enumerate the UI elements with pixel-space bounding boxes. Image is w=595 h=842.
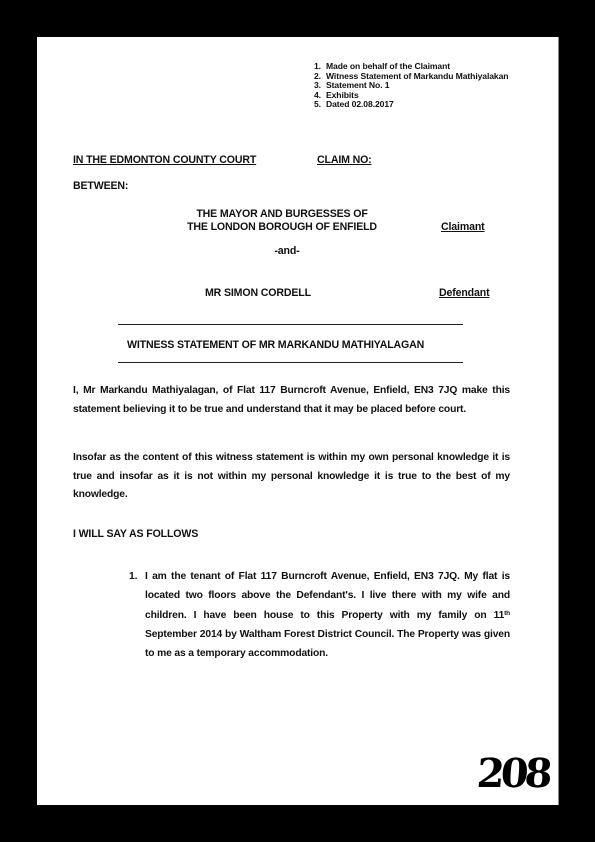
claimant-name-line-2: THE LONDON BOROUGH OF ENFIELD [157, 221, 407, 234]
intro-paragraph: I, Mr Markandu Mathiyalagan, of Flat 117… [73, 382, 510, 419]
paragraph-text-part: September 2014 by Waltham Forest Distric… [145, 629, 510, 659]
claimant-name-line-1: THE MAYOR AND BURGESSES OF [157, 208, 407, 221]
claimant-name: THE MAYOR AND BURGESSES OF THE LONDON BO… [157, 208, 407, 234]
claim-number-label: CLAIM NO: [317, 154, 372, 166]
court-name: IN THE EDMONTON COUNTY COURT [73, 154, 256, 166]
between-label: BETWEEN: [73, 180, 128, 192]
meta-item-number: 5. [314, 100, 326, 110]
defendant-role: Defendant [439, 287, 489, 299]
paragraph-number: 1. [129, 567, 145, 663]
meta-item: 5. Dated 02.08.2017 [314, 100, 514, 110]
paragraph-text: I am the tenant of Flat 117 Burncroft Av… [145, 567, 510, 663]
title-rule-top [118, 324, 463, 325]
section-heading: I WILL SAY AS FOLLOWS [73, 528, 198, 540]
defendant-name: MR SIMON CORDELL [205, 287, 311, 299]
paragraph-text-part: I am the tenant of Flat 117 Burncroft Av… [145, 571, 510, 621]
document-page: 1. Made on behalf of the Claimant 2. Wit… [37, 37, 559, 805]
meta-item-text: Dated 02.08.2017 [326, 100, 514, 110]
claimant-role: Claimant [441, 221, 485, 233]
statement-title: WITNESS STATEMENT OF MR MARKANDU MATHIYA… [127, 339, 424, 351]
handwritten-page-number: 208 [475, 750, 550, 797]
ordinal-suffix: th [504, 610, 510, 617]
title-rule-bottom [118, 362, 463, 363]
and-separator: -and- [262, 245, 312, 257]
numbered-paragraph: 1. I am the tenant of Flat 117 Burncroft… [129, 567, 510, 663]
knowledge-paragraph: Insofar as the content of this witness s… [73, 449, 510, 505]
document-meta-list: 1. Made on behalf of the Claimant 2. Wit… [314, 62, 514, 110]
